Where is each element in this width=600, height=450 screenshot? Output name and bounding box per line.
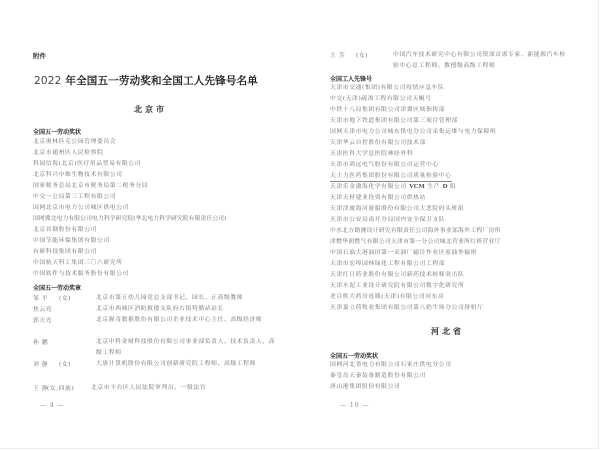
- person-name: 王 静: [33, 383, 48, 392]
- page-number: — 10 —: [340, 402, 369, 409]
- list-item: 国网冀北电力有限公司电力科学研究院(华北电力科学研究院有限责任公司): [33, 214, 226, 225]
- person-description: 北京市西城区消防救援支队府右街特勤站站长: [96, 304, 281, 315]
- person-description: 北京中科金财科技股份有限公司事业部负责人、技术负责人、高级工程师: [96, 337, 281, 359]
- person-description: 大唐计算机股份有限公司创新研究院工程师、高级工程师: [96, 359, 281, 370]
- list-item: 唐山港集团股份有限公司: [330, 382, 452, 393]
- list-item: 中国软件与技术服务股份有限公司: [33, 269, 226, 280]
- list-item: 中交(天津)疏浚工程有限公司天鲲号: [330, 94, 501, 105]
- list-item: 天津红日药业股份有限公司新药技术转移突击队: [330, 270, 501, 281]
- list-item: 中水北方勘测设计研究有限责任公司海外事业部海外工程厂房所: [330, 226, 501, 237]
- list-item: 天津市公安局南开分局国内安全保卫支队: [330, 215, 501, 226]
- list-item: 天津津旅海河游船股份有限公司大悲院码头班组: [330, 204, 501, 215]
- person-note: (女,回族): [47, 383, 74, 392]
- page-number: — 4 —: [40, 402, 65, 409]
- person-name: 郭天光: [33, 315, 52, 324]
- list-item-highlighted: 天士力医药集团股份有限公司质量检验中心: [330, 171, 501, 182]
- list-item: 天津嘉立荷牧业集团有限公司第八奶牛场分公司挤奶厅: [330, 303, 501, 314]
- list-item: 天津华云自控股份有限公司技术部: [330, 138, 501, 149]
- person-entry: 王 芳 (女) 中国汽车技术研究中心有限公司资深首席专家、新能源汽车检验中心总工…: [330, 50, 580, 72]
- list-item: 中国石油大港油田第一采油厂输注作业区原油外输班: [330, 248, 501, 259]
- list-item: 天津市地下铁道集团有限公司第三项目管理部: [330, 116, 501, 127]
- person-entry: 刘 静 (女) 大唐计算机股份有限公司创新研究院工程师、高级工程师: [33, 359, 283, 381]
- document-title: 2022 年全国五一劳动奖和全国工人先锋号名单: [34, 73, 289, 88]
- person-description: 中国汽车技术研究中心有限公司资深首席专家、新能源汽车检验中心总工程师、教授级高级…: [393, 50, 568, 72]
- region-heading-beijing: 北京市: [134, 104, 167, 115]
- person-note: (女): [59, 293, 71, 302]
- list-item: 中国节能环保集团有限公司: [33, 236, 226, 247]
- list-item: 天津乐金渤海化学有限公司 VCM 生产 D 组: [330, 182, 501, 193]
- list-item-text: 天津乐金渤海化学有限公司: [330, 184, 409, 190]
- page-right: 王 芳 (女) 中国汽车技术研究中心有限公司资深首席专家、新能源汽车检验中心总工…: [318, 0, 578, 450]
- attachment-label: 附件: [33, 51, 46, 60]
- list-item: 天津天材建业投资有限公司供热站: [330, 193, 501, 204]
- list-item: 国网河北省电力有限公司石家庄供电分公司: [330, 360, 452, 371]
- person-entry: 焦云亮 北京市西城区消防救援支队府右街特勤站站长: [33, 304, 283, 315]
- title-text: 年全国五一劳动奖和全国工人先锋号名单: [62, 75, 258, 87]
- list-item: 天津市交通(集团)有限公司疫情应急车队: [330, 83, 501, 94]
- person-description: 北京市第五幼儿园党总支部书记、园长、正高级教师: [96, 293, 281, 304]
- person-name: 刘 静: [33, 359, 48, 368]
- list-item: 津燃华润燃气有限公司天津市第一分公司城北营业所红桥营业厅: [330, 237, 501, 248]
- person-name: 王 芳: [330, 50, 345, 59]
- award-list-hebei: 国网河北省电力有限公司石家庄供电分公司 秦皇岛天秦装备制造股份有限公司 唐山港集…: [330, 360, 452, 393]
- list-item: 国家税务总局北京市税务局第二税务分局: [33, 181, 226, 192]
- list-item: 有研科技集团有限公司: [33, 247, 226, 258]
- list-item: 天津市宏埠园林绿化工程有限公司工程部: [330, 259, 501, 270]
- section-heading-labor-award: 全国五一劳动奖状: [33, 127, 81, 136]
- page-left: 附件 2022 年全国五一劳动奖和全国工人先锋号名单 北京市 全国五一劳动奖状 …: [30, 0, 285, 450]
- person-note: (女): [59, 359, 71, 368]
- section-heading-labor-award: 全国五一劳动奖状: [330, 351, 378, 360]
- list-item: 秦皇岛天秦装备制造股份有限公司: [330, 371, 452, 382]
- award-list-beijing: 北京奥林匹克公园管理委员会 北京市通州区人民检察院 科园信海(北京)医疗用品贸易…: [33, 137, 226, 280]
- person-entry: 孙 鹏 北京中科金财科技股份有限公司事业部负责人、技术负责人、高级工程师: [33, 337, 283, 359]
- section-heading-labor-medal: 全国五一劳动奖章: [33, 283, 81, 292]
- list-item: 北京奥林匹克公园管理委员会: [33, 137, 226, 148]
- person-note: (女): [356, 50, 368, 59]
- list-item: 天津市鸿远电气股份有限公司运营中心: [330, 160, 501, 171]
- person-entry: 郭天光 北京握奇数据股份有限公司企业技术中心主任、高级经济师: [33, 315, 283, 337]
- list-item: 科园信海(北京)医疗用品贸易有限公司: [33, 159, 226, 170]
- list-item: 北京市通州区人民检察院: [33, 148, 226, 159]
- vanguard-list-tianjin: 天津市交通(集团)有限公司疫情应急车队 中交(天津)疏浚工程有限公司天鲲号 中铁…: [330, 83, 501, 314]
- list-item-text: 生产: [425, 184, 443, 190]
- list-item-text: 组: [447, 184, 456, 190]
- list-item: 国网北京市电力公司城区供电公司: [33, 203, 226, 214]
- title-year: 2022: [34, 75, 62, 87]
- list-item: 国网天津市电力公司城东供电分公司采集运维与电力保障班: [330, 127, 501, 138]
- person-description: 北京市丰台区人民法院审判员、一级法官: [91, 383, 276, 394]
- list-item: 北京首钢股份有限公司: [33, 225, 226, 236]
- section-heading-worker-vanguard: 全国工人先锋号: [330, 74, 372, 83]
- person-name: 邹 平: [33, 293, 48, 302]
- region-heading-hebei: 河北省: [431, 326, 464, 337]
- list-item: 北京科兴中维生物技术有限公司: [33, 170, 226, 181]
- list-item: 天津医科大学总医院神经外科: [330, 149, 501, 160]
- list-item: 中国航天科工集团三〇六研究所: [33, 258, 226, 269]
- person-description: 北京握奇数据股份有限公司企业技术中心主任、高级经济师: [96, 315, 281, 326]
- person-entry: 邹 平 (女) 北京市第五幼儿园党总支部书记、园长、正高级教师: [33, 293, 283, 304]
- person-name: 孙 鹏: [33, 337, 48, 346]
- person-entry: 王 静 (女,回族) 北京市丰台区人民法院审判员、一级法官: [33, 383, 283, 394]
- highlight-underline: 天士力医药集团股份有限公司质量检验中心: [330, 172, 452, 182]
- vcm-text: VCM: [409, 184, 425, 190]
- person-name: 焦云亮: [33, 304, 52, 313]
- list-item: 中交一公局第三工程有限公司: [33, 192, 226, 203]
- list-item: 天津水泥工业设计研究院有限公司数字化研究所: [330, 281, 501, 292]
- list-item: 中铁十八局集团有限公司津冀区域指挥部: [330, 105, 501, 116]
- list-item: 老百姓大药房连锁(天津)有限公司河东店: [330, 292, 501, 303]
